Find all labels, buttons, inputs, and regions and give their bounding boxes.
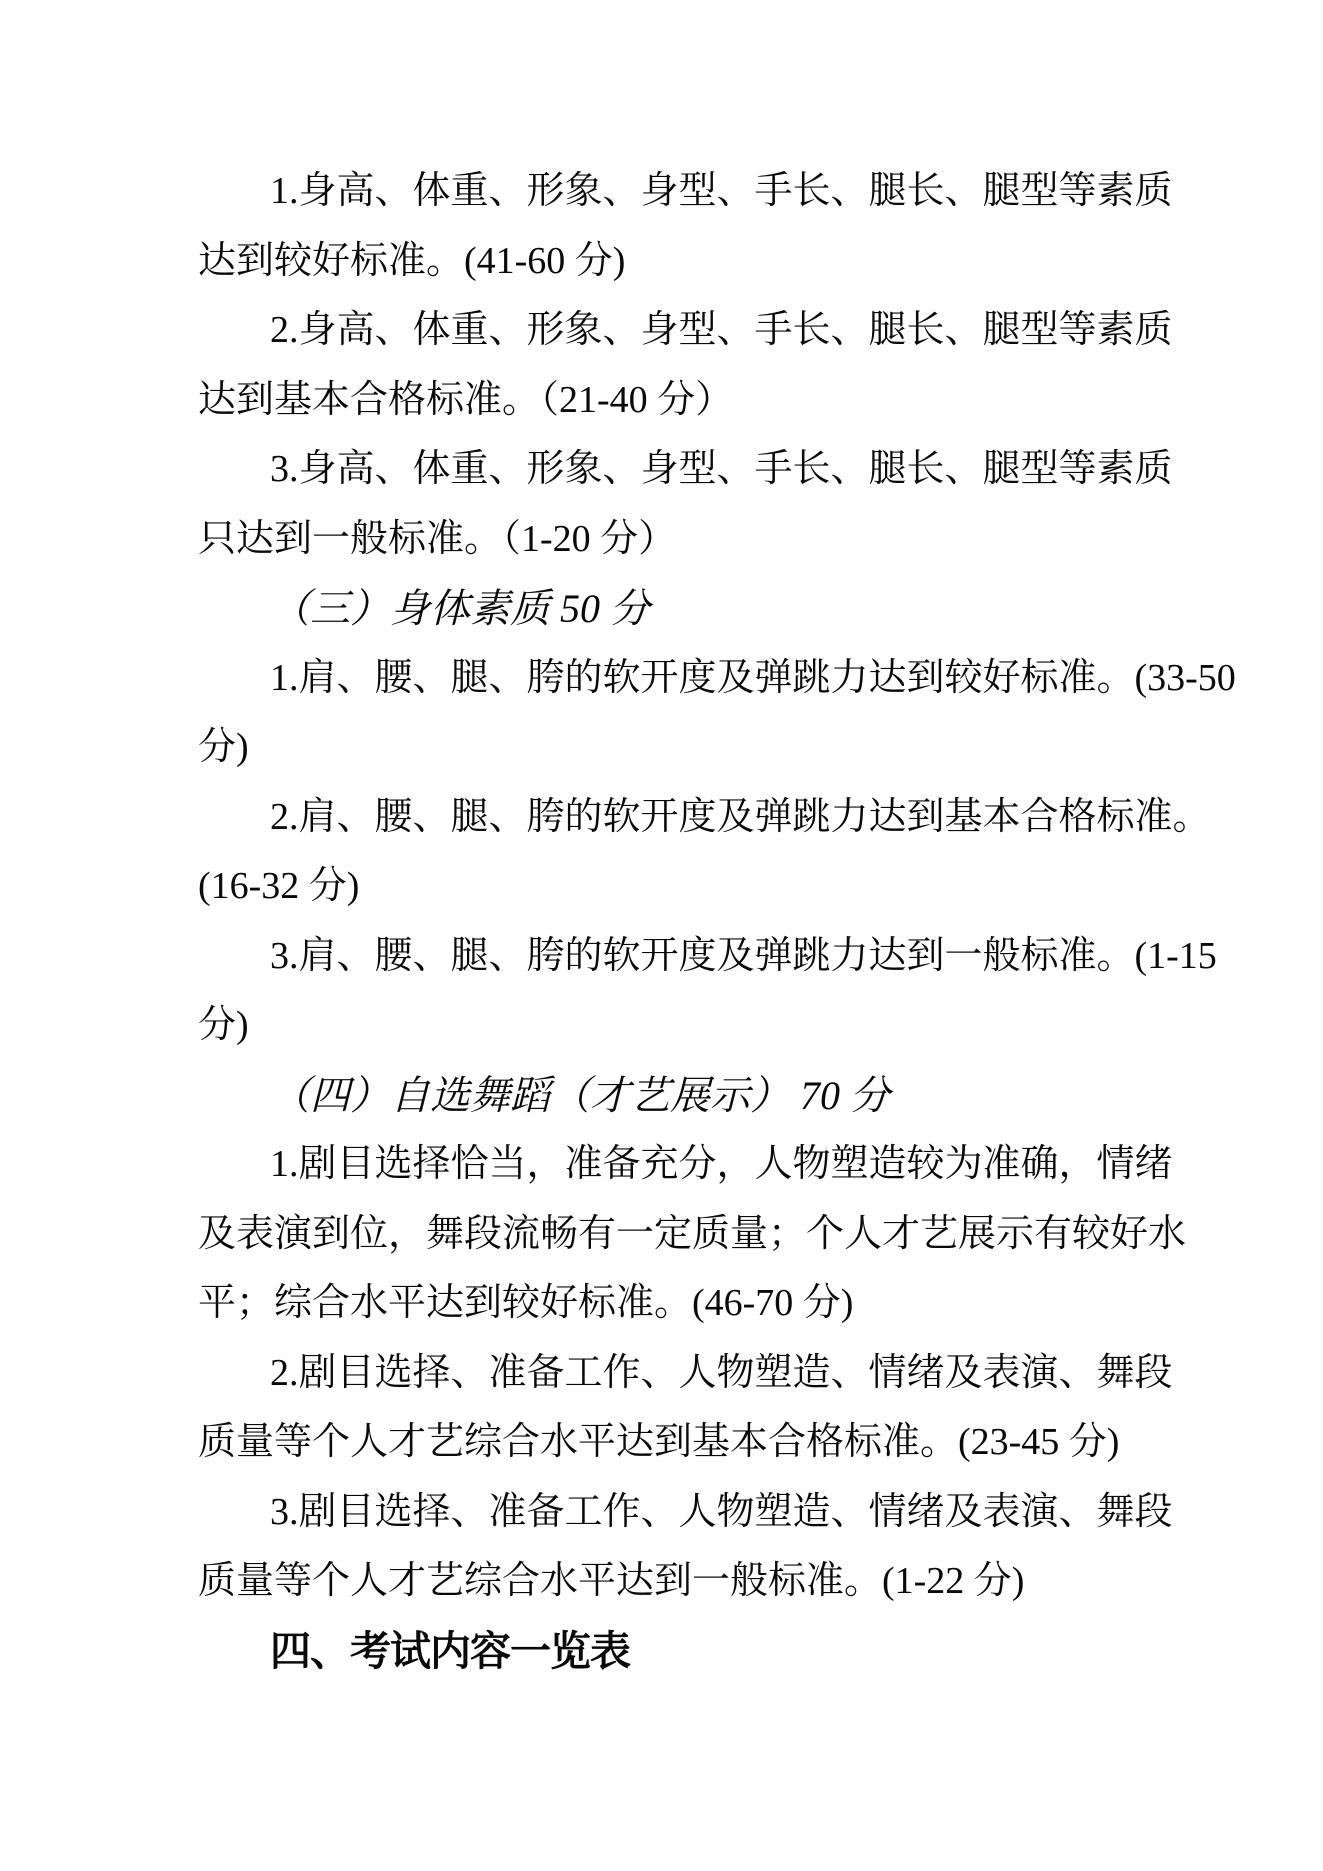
subheading-physical-quality: （三）身体素质 50 分 (198, 574, 1125, 644)
rubric-line: 只达到一般标准。（1-20 分） (198, 505, 1125, 575)
rubric-line: 3.剧目选择、准备工作、人物塑造、情绪及表演、舞段 (198, 1478, 1125, 1548)
rubric-line: 2.肩、腰、腿、胯的软开度及弹跳力达到基本合格标准。 (198, 783, 1125, 853)
rubric-line: 3.身高、体重、形象、身型、手长、腿长、腿型等素质 (198, 435, 1125, 505)
rubric-line: 分) (198, 991, 1125, 1061)
rubric-line: 达到较好标准。(41-60 分) (198, 227, 1125, 297)
rubric-line: 平；综合水平达到较好标准。(46-70 分) (198, 1269, 1125, 1339)
rubric-line: 1.肩、腰、腿、胯的软开度及弹跳力达到较好标准。(33-50 (198, 644, 1125, 714)
rubric-line: 2.剧目选择、准备工作、人物塑造、情绪及表演、舞段 (198, 1339, 1125, 1409)
rubric-line: 质量等个人才艺综合水平达到一般标准。(1-22 分) (198, 1547, 1125, 1617)
subheading-selected-dance: （四）自选舞蹈（才艺展示） 70 分 (198, 1061, 1125, 1131)
document-text-block: 1.身高、体重、形象、身型、手长、腿长、腿型等素质 达到较好标准。(41-60 … (198, 157, 1125, 1686)
rubric-line: 及表演到位，舞段流畅有一定质量；个人才艺展示有较好水 (198, 1200, 1125, 1270)
rubric-line: 2.身高、体重、形象、身型、手长、腿长、腿型等素质 (198, 296, 1125, 366)
rubric-line: 质量等个人才艺综合水平达到基本合格标准。(23-45 分) (198, 1408, 1125, 1478)
rubric-line: 3.肩、腰、腿、胯的软开度及弹跳力达到一般标准。(1-15 (198, 922, 1125, 992)
rubric-line: 1.身高、体重、形象、身型、手长、腿长、腿型等素质 (198, 157, 1125, 227)
rubric-line: (16-32 分) (198, 852, 1125, 922)
rubric-line: 1.剧目选择恰当，准备充分，人物塑造较为准确，情绪 (198, 1130, 1125, 1200)
rubric-line: 分) (198, 713, 1125, 783)
heading-exam-content-table: 四、考试内容一览表 (198, 1617, 1125, 1687)
rubric-line: 达到基本合格标准。（21-40 分） (198, 366, 1125, 436)
document-page: 1.身高、体重、形象、身型、手长、腿长、腿型等素质 达到较好标准。(41-60 … (0, 0, 1323, 1871)
